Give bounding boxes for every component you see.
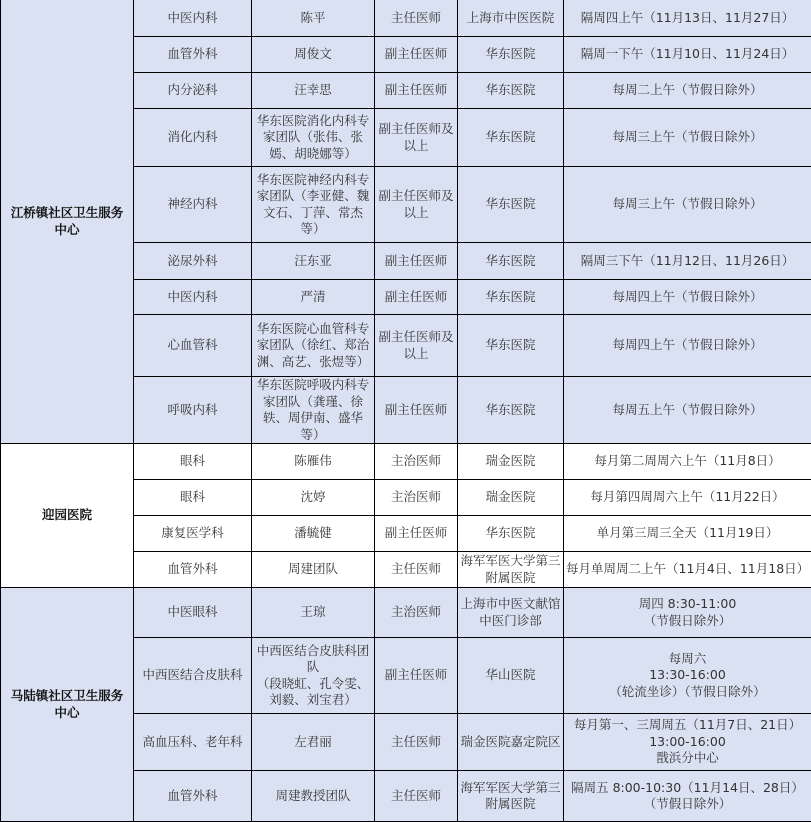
title-cell: 副主任医师及以上 xyxy=(375,167,458,243)
hospital-cell: 华东医院 xyxy=(458,280,564,315)
hospital-cell: 华东医院 xyxy=(458,73,564,109)
title-cell: 主治医师 xyxy=(375,444,458,480)
doctor-cell: 周建团队 xyxy=(252,552,375,588)
hospital-cell: 华东医院 xyxy=(458,243,564,280)
hospital-cell: 华东医院 xyxy=(458,315,564,377)
table-row: 江桥镇社区卫生服务中心 中医内科 陈平 主任医师 上海市中医医院 隔周四上午（1… xyxy=(1,0,811,37)
dept-cell: 神经内科 xyxy=(134,167,252,243)
doctor-cell: 周俊文 xyxy=(252,37,375,73)
clinic-schedule-table: 江桥镇社区卫生服务中心 中医内科 陈平 主任医师 上海市中医医院 隔周四上午（1… xyxy=(0,0,811,814)
dept-cell: 血管外科 xyxy=(134,37,252,73)
time-cell: 每周三上午（节假日除外） xyxy=(564,109,811,167)
title-cell: 主任医师 xyxy=(375,0,458,37)
doctor-cell: 华东医院呼吸内科专家团队（龚瑾、徐轶、周伊南、盛华等） xyxy=(252,377,375,444)
title-cell: 副主任医师 xyxy=(375,280,458,315)
doctor-cell: 华东医院消化内科专家团队（张伟、张嫣、胡晓娜等） xyxy=(252,109,375,167)
dept-cell: 中西医结合皮肤科 xyxy=(134,638,252,714)
time-cell: 隔周四上午（11月13日、11月27日） xyxy=(564,0,811,37)
dept-cell: 中医眼科 xyxy=(134,588,252,638)
doctor-cell: 陈平 xyxy=(252,0,375,37)
dept-cell: 泌尿外科 xyxy=(134,243,252,280)
title-cell: 副主任医师及以上 xyxy=(375,315,458,377)
time-cell: 每周四上午（节假日除外） xyxy=(564,280,811,315)
hospital-cell: 上海市中医文献馆中医门诊部 xyxy=(458,588,564,638)
doctor-cell: 严清 xyxy=(252,280,375,315)
doctor-cell: 汪幸思 xyxy=(252,73,375,109)
time-cell: 每周四上午（节假日除外） xyxy=(564,315,811,377)
hospital-cell: 瑞金医院 xyxy=(458,444,564,480)
title-cell: 主治医师 xyxy=(375,480,458,516)
hospital-cell: 华东医院 xyxy=(458,377,564,444)
title-cell: 主任医师 xyxy=(375,714,458,771)
dept-cell: 眼科 xyxy=(134,444,252,480)
dept-cell: 眼科 xyxy=(134,480,252,516)
title-cell: 主任医师 xyxy=(375,552,458,588)
time-cell: 隔周五 8:00-10:30（11月14日、28日） （节假日除外） xyxy=(564,771,811,815)
hospital-cell: 华东医院 xyxy=(458,37,564,73)
dept-cell: 心血管科 xyxy=(134,315,252,377)
doctor-cell: 左君丽 xyxy=(252,714,375,771)
time-cell: 每周三上午（节假日除外） xyxy=(564,167,811,243)
doctor-cell: 陈雁伟 xyxy=(252,444,375,480)
hospital-cell: 海军军医大学第三附属医院 xyxy=(458,771,564,815)
doctor-cell: 潘毓健 xyxy=(252,516,375,552)
time-cell: 每周五上午（节假日除外） xyxy=(564,377,811,444)
time-cell: 每月第四周周六上午（11月22日） xyxy=(564,480,811,516)
doctor-cell: 沈婷 xyxy=(252,480,375,516)
site-name-cell: 马陆镇社区卫生服务中心 xyxy=(1,588,134,815)
dept-cell: 康复医学科 xyxy=(134,516,252,552)
hospital-cell: 瑞金医院嘉定院区 xyxy=(458,714,564,771)
site-name-cell: 迎园医院 xyxy=(1,444,134,588)
time-cell: 隔周三下午（11月12日、11月26日） xyxy=(564,243,811,280)
hospital-cell: 瑞金医院 xyxy=(458,480,564,516)
hospital-cell: 华东医院 xyxy=(458,516,564,552)
hospital-cell: 华东医院 xyxy=(458,109,564,167)
time-cell: 周四 8:30-11:00 （节假日除外） xyxy=(564,588,811,638)
doctor-cell: 华东医院神经内科专家团队（李亚健、魏文石、丁萍、常杰等） xyxy=(252,167,375,243)
site-name-cell: 江桥镇社区卫生服务中心 xyxy=(1,0,134,444)
dept-cell: 中医内科 xyxy=(134,280,252,315)
time-cell: 每周六 13:30-16:00 （轮流坐诊）（节假日除外） xyxy=(564,638,811,714)
title-cell: 副主任医师及以上 xyxy=(375,109,458,167)
time-cell: 单月第三周三全天（11月19日） xyxy=(564,516,811,552)
time-cell: 每月第二周周六上午（11月8日） xyxy=(564,444,811,480)
dept-cell: 内分泌科 xyxy=(134,73,252,109)
title-cell: 副主任医师 xyxy=(375,638,458,714)
title-cell: 副主任医师 xyxy=(375,516,458,552)
doctor-cell: 周建教授团队 xyxy=(252,771,375,815)
time-cell: 隔周一下午（11月10日、11月24日） xyxy=(564,37,811,73)
dept-cell: 血管外科 xyxy=(134,552,252,588)
dept-cell: 中医内科 xyxy=(134,0,252,37)
dept-cell: 消化内科 xyxy=(134,109,252,167)
title-cell: 副主任医师 xyxy=(375,37,458,73)
table-row: 迎园医院 眼科 陈雁伟 主治医师 瑞金医院 每月第二周周六上午（11月8日） xyxy=(1,444,811,480)
doctor-cell: 华东医院心血管科专家团队（徐红、郑治渊、高艺、张煜等） xyxy=(252,315,375,377)
time-cell: 每周二上午（节假日除外） xyxy=(564,73,811,109)
time-cell: 每月第一、三周周五（11月7日、21日） 13:00-16:00 戬浜分中心 xyxy=(564,714,811,771)
table-row: 马陆镇社区卫生服务中心 中医眼科 王琼 主治医师 上海市中医文献馆中医门诊部 周… xyxy=(1,588,811,638)
hospital-cell: 华东医院 xyxy=(458,167,564,243)
title-cell: 主治医师 xyxy=(375,588,458,638)
dept-cell: 血管外科 xyxy=(134,771,252,815)
doctor-cell: 王琼 xyxy=(252,588,375,638)
hospital-cell: 华山医院 xyxy=(458,638,564,714)
hospital-cell: 海军军医大学第三附属医院 xyxy=(458,552,564,588)
dept-cell: 高血压科、老年科 xyxy=(134,714,252,771)
title-cell: 副主任医师 xyxy=(375,73,458,109)
title-cell: 副主任医师 xyxy=(375,377,458,444)
hospital-cell: 上海市中医医院 xyxy=(458,0,564,37)
title-cell: 主任医师 xyxy=(375,771,458,815)
doctor-cell: 汪东亚 xyxy=(252,243,375,280)
title-cell: 副主任医师 xyxy=(375,243,458,280)
dept-cell: 呼吸内科 xyxy=(134,377,252,444)
time-cell: 每月单周周二上午（11月4日、11月18日） xyxy=(564,552,811,588)
doctor-cell: 中西医结合皮肤科团队 （段晓虹、孔令雯、刘毅、刘宝君） xyxy=(252,638,375,714)
